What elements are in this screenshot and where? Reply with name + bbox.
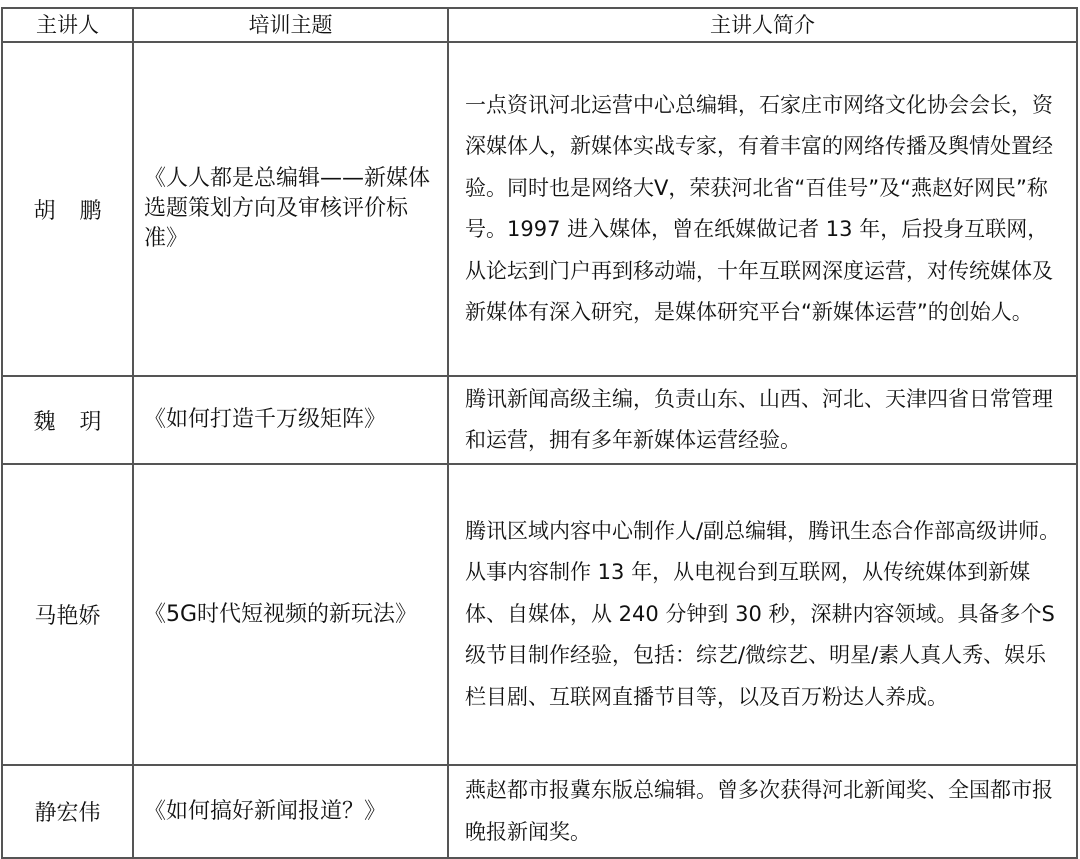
topic-cell: 《如何搞好新闻报道？》 bbox=[133, 765, 448, 858]
bio-cell: 一点资讯河北运营中心总编辑，石家庄市网络文化协会会长，资深媒体人，新媒体实战专家… bbox=[448, 42, 1077, 376]
bio-cell: 燕赵都市报冀东版总编辑。曾多次获得河北新闻奖、全国都市报晚报新闻奖。 bbox=[448, 765, 1077, 858]
table-row: 马艳娇 《5G时代短视频的新玩法》 腾讯区域内容中心制作人/副总编辑，腾讯生态合… bbox=[2, 464, 1077, 765]
topic-cell: 《人人都是总编辑——新媒体选题策划方向及审核评价标准》 bbox=[133, 42, 448, 376]
header-speaker: 主讲人 bbox=[2, 8, 133, 42]
table-row: 静宏伟 《如何搞好新闻报道？》 燕赵都市报冀东版总编辑。曾多次获得河北新闻奖、全… bbox=[2, 765, 1077, 858]
bio-cell: 腾讯新闻高级主编，负责山东、山西、河北、天津四省日常管理和运营，拥有多年新媒体运… bbox=[448, 376, 1077, 464]
speaker-name: 魏玥 bbox=[33, 410, 125, 435]
table-row: 魏玥 《如何打造千万级矩阵》 腾讯新闻高级主编，负责山东、山西、河北、天津四省日… bbox=[2, 376, 1077, 464]
speaker-name-cell: 魏玥 bbox=[2, 376, 133, 464]
speaker-name: 马艳娇 bbox=[34, 604, 100, 629]
speaker-name-cell: 马艳娇 bbox=[2, 464, 133, 765]
speaker-name-cell: 胡鹏 bbox=[2, 42, 133, 376]
speaker-name: 胡鹏 bbox=[33, 199, 125, 224]
speaker-name-cell: 静宏伟 bbox=[2, 765, 133, 858]
topic-cell: 《如何打造千万级矩阵》 bbox=[133, 376, 448, 464]
header-bio: 主讲人简介 bbox=[448, 8, 1077, 42]
bio-cell: 腾讯区域内容中心制作人/副总编辑，腾讯生态合作部高级讲师。从事内容制作 13 年… bbox=[448, 464, 1077, 765]
speaker-table: 主讲人 培训主题 主讲人简介 胡鹏 《人人都是总编辑——新媒体选题策划方向及审核… bbox=[1, 7, 1078, 859]
topic-cell: 《5G时代短视频的新玩法》 bbox=[133, 464, 448, 765]
speaker-name: 静宏伟 bbox=[34, 801, 100, 826]
header-topic: 培训主题 bbox=[133, 8, 448, 42]
table-row: 胡鹏 《人人都是总编辑——新媒体选题策划方向及审核评价标准》 一点资讯河北运营中… bbox=[2, 42, 1077, 376]
table-header-row: 主讲人 培训主题 主讲人简介 bbox=[2, 8, 1077, 42]
